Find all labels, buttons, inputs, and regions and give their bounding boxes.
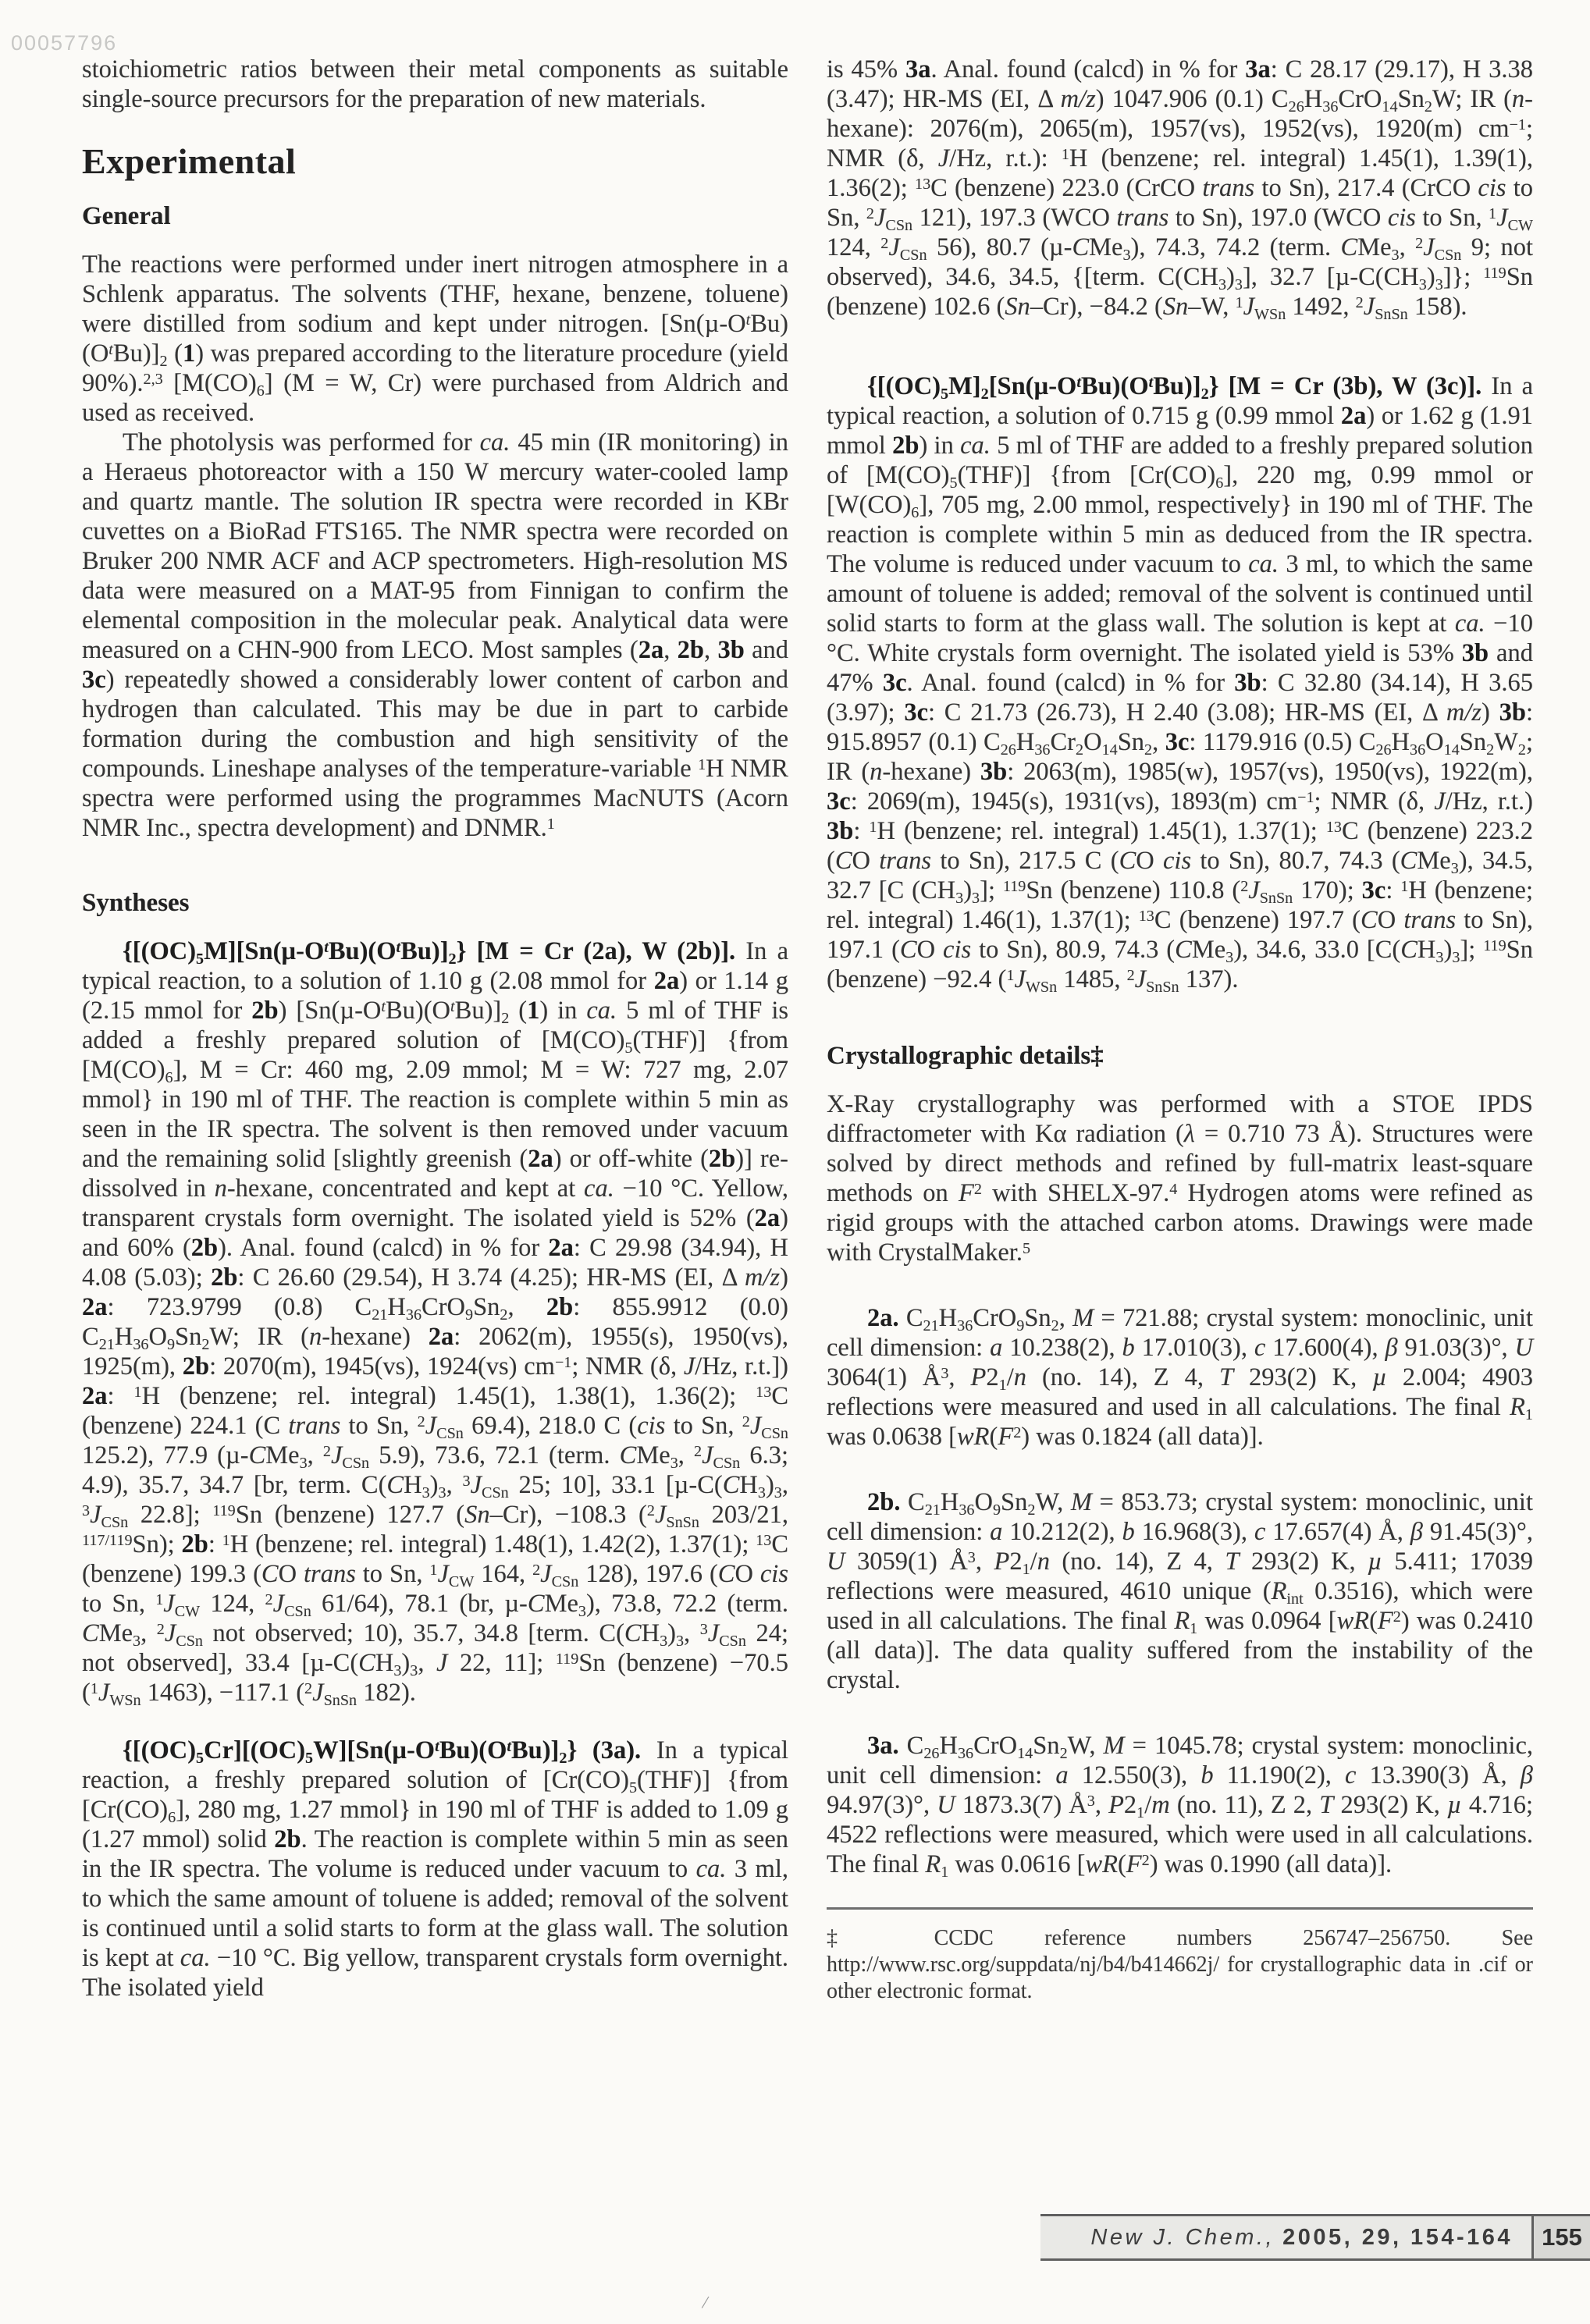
crystal-3a-paragraph: 3a. C26H36CrO14Sn2W, M = 1045.78; crysta…	[827, 1731, 1533, 1879]
synthesis-3a-continued-paragraph: is 45% 3a. Anal. found (calcd) in % for …	[827, 55, 1533, 322]
page-number-box: 155	[1531, 2216, 1590, 2258]
scan-number: 00057796	[11, 31, 117, 55]
right-column: is 45% 3a. Anal. found (calcd) in % for …	[827, 55, 1533, 2005]
general-paragraph-2: The photolysis was performed for ca. 45 …	[82, 428, 788, 843]
general-paragraph-1: The reactions were performed under inert…	[82, 250, 788, 428]
crystal-2a-paragraph: 2a. C21H36CrO9Sn2, M = 721.88; crystal s…	[827, 1303, 1533, 1452]
ccdc-footnote: ‡ CCDC reference numbers 256747–256750. …	[827, 1925, 1533, 2005]
synthesis-2a-2b-paragraph: {[(OC)5M][Sn(µ-OtBu)(OtBu)]2} [M = Cr (2…	[82, 936, 788, 1707]
experimental-heading: Experimental	[82, 142, 788, 181]
synthesis-3a-paragraph: {[(OC)5Cr][(OC)5W][Sn(µ-OtBu)(OtBu)]2} (…	[82, 1736, 788, 2002]
footer-citation: New J. Chem., 2005, 29, 154-164	[1040, 2216, 1531, 2258]
synthesis-3b-3c-paragraph: {[(OC)5M]2[Sn(µ-OtBu)(OtBu)]2} [M = Cr (…	[827, 371, 1533, 994]
crystallographic-heading: Crystallographic details‡	[827, 1041, 1533, 1071]
footer-bar: New J. Chem., 2005, 29, 154-164 155	[1040, 2214, 1590, 2261]
citation-numbers: 2005, 29, 154-164	[1282, 2225, 1513, 2251]
journal-page: 00057796 stoichiometric ratios between t…	[0, 0, 1590, 2324]
xray-paragraph: X-Ray crystallography was performed with…	[827, 1089, 1533, 1267]
footnote-divider	[827, 1907, 1533, 1910]
syntheses-heading: Syntheses	[82, 888, 788, 918]
left-column: stoichiometric ratios between their meta…	[82, 55, 788, 2002]
intro-paragraph: stoichiometric ratios between their meta…	[82, 55, 788, 114]
crystal-2b-paragraph: 2b. C21H36O9Sn2W, M = 853.73; crystal sy…	[827, 1487, 1533, 1695]
general-heading: General	[82, 201, 788, 231]
journal-name: New J. Chem.,	[1090, 2225, 1275, 2251]
stray-mark: /	[700, 2293, 710, 2315]
